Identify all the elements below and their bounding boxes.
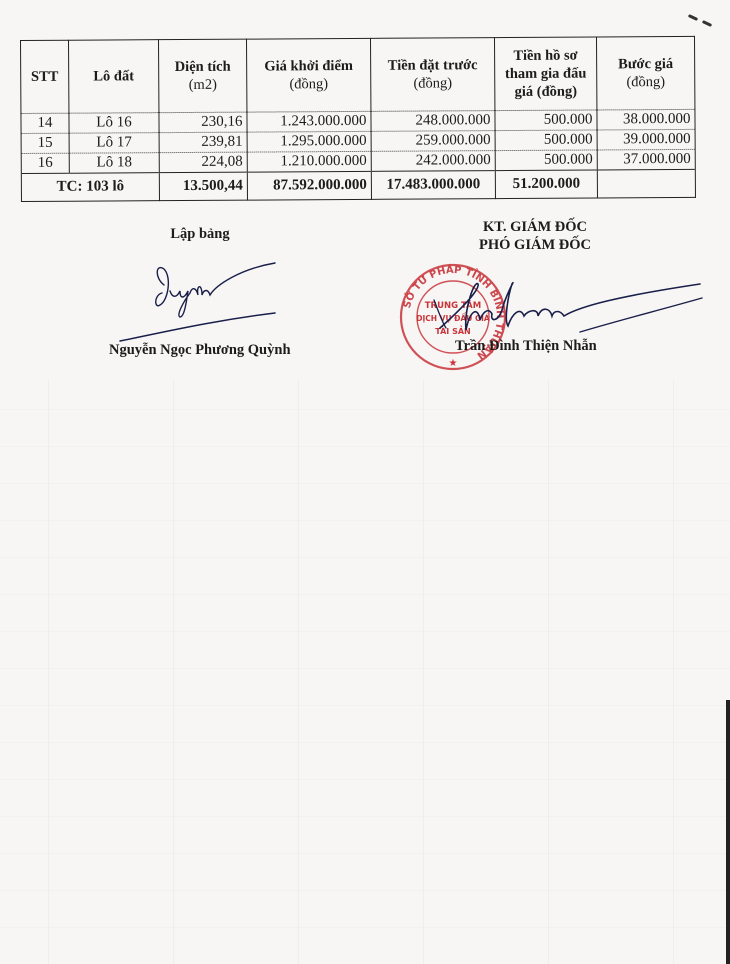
cell-lot: Lô 16 xyxy=(69,113,159,134)
table-header-row: STT Lô đất Diện tích(m2) Giá khởi điểm(đ… xyxy=(21,36,695,113)
header-area: Diện tích(m2) xyxy=(159,39,247,113)
cell-dossier-fee: 500.000 xyxy=(495,150,597,171)
total-starting-price: 87.592.000.000 xyxy=(247,171,371,200)
cell-area: 239,81 xyxy=(159,132,247,153)
cell-stt: 15 xyxy=(21,133,69,153)
cell-starting-price: 1.295.000.000 xyxy=(247,131,371,152)
cell-deposit: 259.000.000 xyxy=(371,131,495,152)
preparer-signature-icon xyxy=(150,255,280,350)
total-label: TC: 103 lô xyxy=(21,173,159,202)
director-title-line2: PHÓ GIÁM ĐỐC xyxy=(450,236,620,254)
preparer-name: Nguyễn Ngọc Phương Quỳnh xyxy=(109,342,291,359)
total-price-step xyxy=(597,169,695,198)
director-title-line1: KT. GIÁM ĐỐC xyxy=(450,218,620,236)
auction-table: STT Lô đất Diện tích(m2) Giá khởi điểm(đ… xyxy=(20,36,696,202)
preparer-title: Lập bảng xyxy=(100,225,300,243)
cell-dossier-fee: 500.000 xyxy=(495,130,597,151)
cell-deposit: 242.000.000 xyxy=(371,151,495,172)
director-name: Trần Đình Thiện Nhẫn xyxy=(455,338,597,355)
cell-stt: 14 xyxy=(21,113,69,133)
corner-mark xyxy=(688,14,698,21)
cell-price-step: 37.000.000 xyxy=(597,149,695,170)
cell-price-step: 39.000.000 xyxy=(597,129,695,150)
cell-area: 224,08 xyxy=(159,152,247,173)
preparer-signature-block: Lập bảng xyxy=(100,225,300,243)
paper-bleed-through xyxy=(0,380,730,964)
header-stt: STT xyxy=(21,40,69,113)
total-area: 13.500,44 xyxy=(159,172,247,201)
header-starting-price: Giá khởi điểm(đồng) xyxy=(246,38,370,112)
header-deposit: Tiền đặt trước(đồng) xyxy=(370,38,494,112)
director-signature-block: KT. GIÁM ĐỐC PHÓ GIÁM ĐỐC xyxy=(450,218,620,254)
cell-price-step: 38.000.000 xyxy=(597,109,695,130)
corner-mark xyxy=(702,20,712,27)
cell-lot: Lô 18 xyxy=(69,153,159,174)
cell-stt: 16 xyxy=(21,153,69,173)
auction-table-container: STT Lô đất Diện tích(m2) Giá khởi điểm(đ… xyxy=(20,36,695,202)
cell-deposit: 248.000.000 xyxy=(371,111,495,132)
total-deposit: 17.483.000.000 xyxy=(371,171,495,200)
header-price-step: Bước giá(đồng) xyxy=(596,36,694,110)
table-total-row: TC: 103 lô 13.500,44 87.592.000.000 17.4… xyxy=(21,169,695,201)
header-lot: Lô đất xyxy=(69,40,159,114)
cell-starting-price: 1.210.000.000 xyxy=(247,151,371,172)
page-edge-shadow xyxy=(726,700,730,964)
cell-starting-price: 1.243.000.000 xyxy=(247,111,371,132)
cell-lot: Lô 17 xyxy=(69,133,159,154)
cell-area: 230,16 xyxy=(159,112,247,133)
total-dossier-fee: 51.200.000 xyxy=(495,170,597,199)
cell-dossier-fee: 500.000 xyxy=(495,110,597,131)
header-dossier-fee: Tiền hồ sơ tham gia đấugiá (đồng) xyxy=(494,37,596,111)
